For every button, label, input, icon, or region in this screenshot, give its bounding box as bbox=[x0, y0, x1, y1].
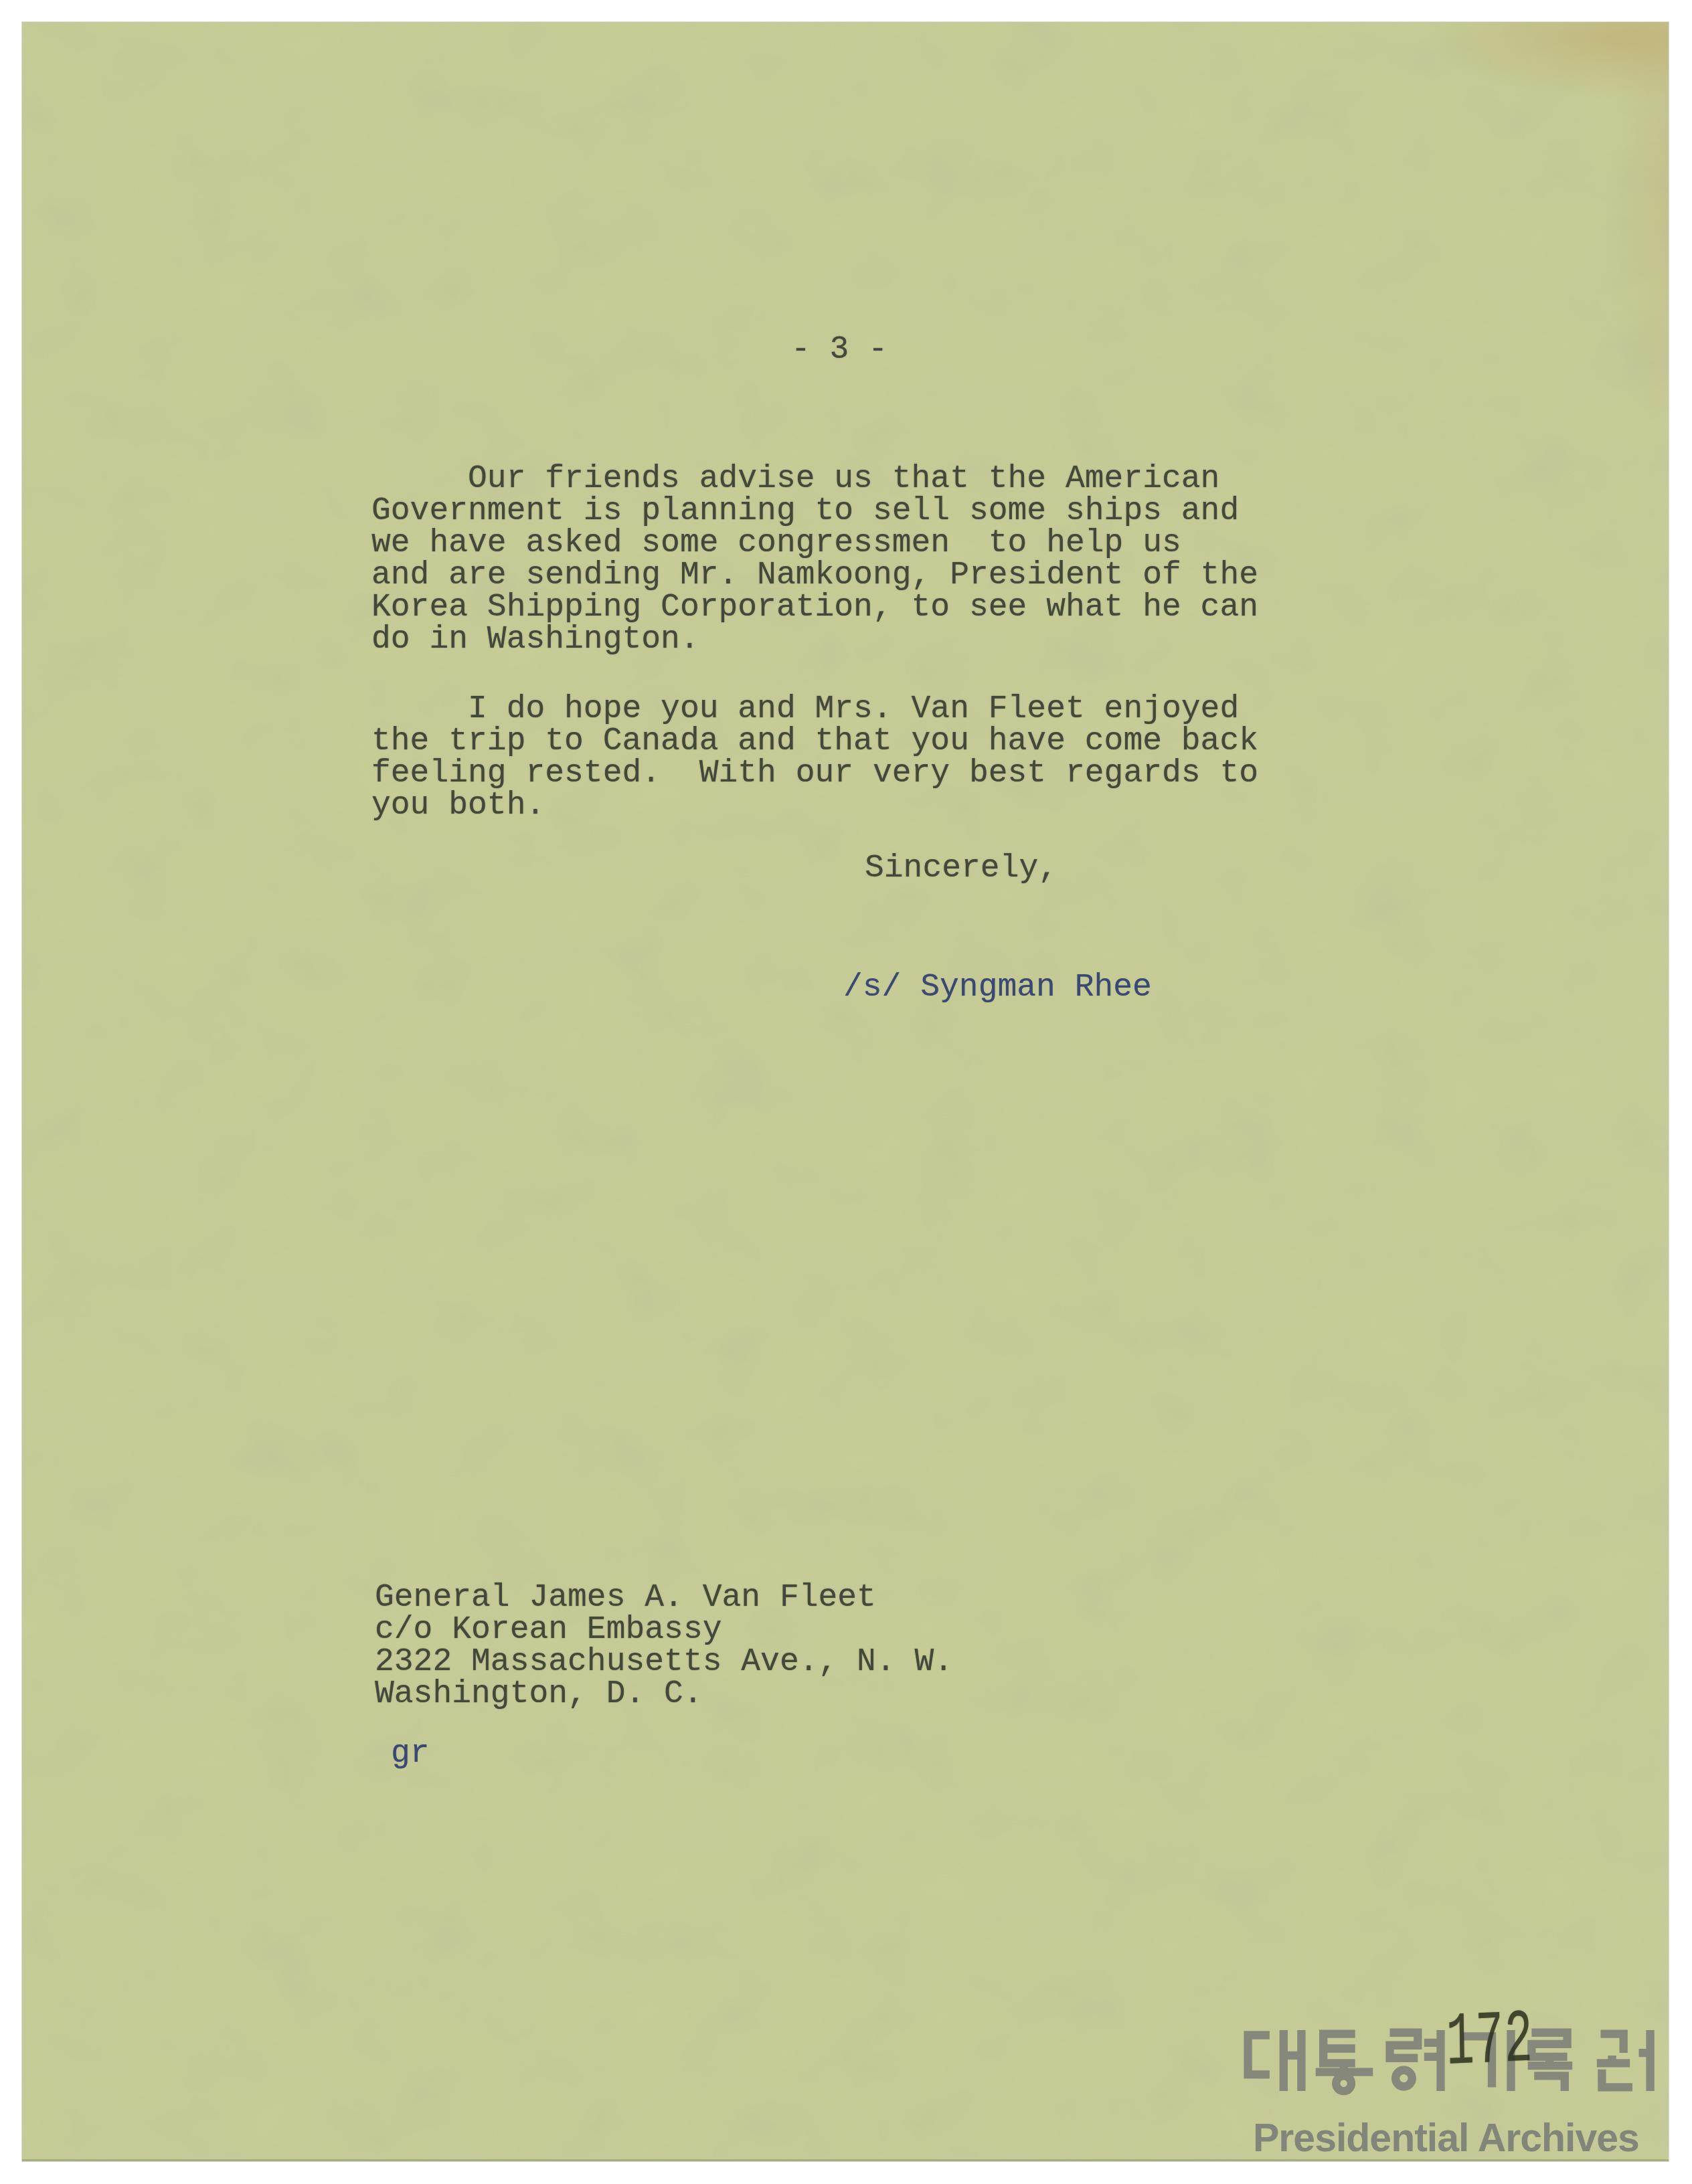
hangul-tong bbox=[1316, 2034, 1373, 2092]
hangul-dae bbox=[1248, 2030, 1302, 2091]
recipient-address-block: General James A. Van Fleet c/o Korean Em… bbox=[375, 1582, 953, 1710]
hangul-gwan bbox=[1597, 2030, 1651, 2091]
letter-paper: - 3 - Our friends advise us that the Ame… bbox=[22, 22, 1669, 2161]
letter-paragraph-2: I do hope you and Mrs. Van Fleet enjoyed… bbox=[371, 693, 1258, 822]
hangul-ryeong bbox=[1390, 2030, 1441, 2091]
closing-line: Sincerely, bbox=[865, 852, 1057, 885]
archive-page-number-stamp: 172 bbox=[1446, 2003, 1534, 2081]
letter-paragraph-1: Our friends advise us that the American … bbox=[371, 463, 1258, 656]
typist-initials: gr bbox=[391, 1738, 430, 1770]
page-number: - 3 - bbox=[791, 334, 887, 366]
signature-line: /s/ Syngman Rhee bbox=[843, 972, 1152, 1004]
scanned-document-page: - 3 - Our friends advise us that the Ame… bbox=[0, 0, 1692, 2184]
hangul-rok bbox=[1528, 2033, 1573, 2091]
english-watermark: Presidential Archives bbox=[1253, 2118, 1639, 2158]
